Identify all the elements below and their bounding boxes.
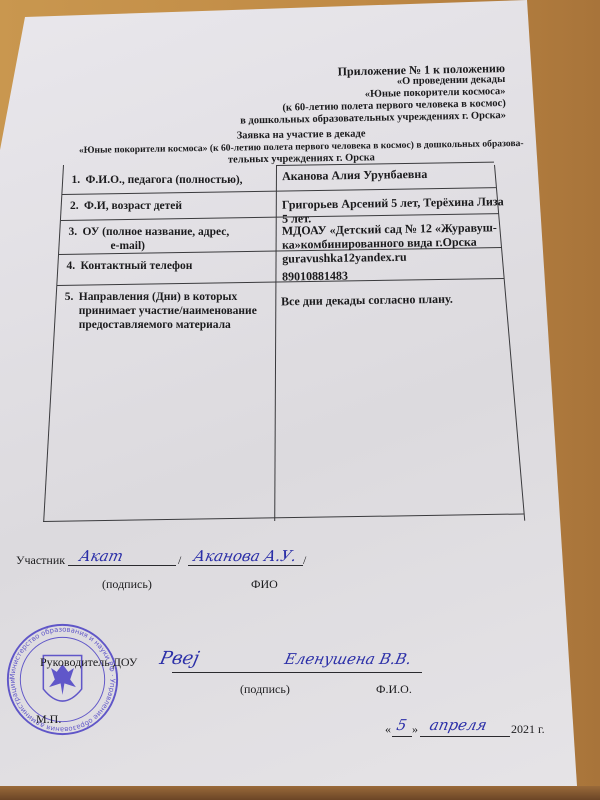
date-day-line: [392, 736, 412, 737]
row-label-line: ОУ (полное название, адрес,: [83, 225, 230, 239]
participant-separator: /: [178, 553, 181, 568]
head-name-caption: Ф.И.О.: [376, 682, 412, 697]
row-label-line: принимает участие/наименование: [79, 304, 264, 318]
row-label: Контактный телефон: [81, 259, 193, 273]
row-label: Ф.И.О., педагога (полностью),: [86, 173, 243, 187]
row-number: 4.: [67, 259, 76, 273]
date-open-quote: «: [385, 722, 391, 737]
participant-separator-end: /: [303, 553, 306, 568]
row-value-line: 89010881483: [281, 268, 347, 283]
participant-name-caption: ФИО: [251, 577, 278, 592]
organization-seal-icon: Министерство образования и науки РФ · Уп…: [5, 622, 120, 737]
participant-signature-line: [68, 565, 176, 566]
row-value: 89010881483: [281, 268, 347, 283]
row-label-line: Направления (Дни) в которых: [79, 290, 264, 304]
annex-header: Приложение № 1 к положению «О проведении…: [239, 62, 506, 128]
row-number: 2.: [70, 199, 79, 213]
head-signature-caption: (подпись): [240, 682, 290, 697]
row-number: 1.: [72, 173, 81, 187]
head-signature-line: [172, 672, 422, 673]
date-close-quote: »: [412, 722, 418, 737]
row-label-line: предоставляемого материала: [79, 318, 264, 332]
row-value: Аканова Алия Урунбаевна: [282, 167, 427, 183]
row-value: МДОАУ «Детский сад № 12 «Журавуш-ка»комб…: [281, 220, 497, 265]
date-year: 2021 г.: [511, 722, 545, 737]
seal-label: М.П.: [36, 712, 61, 727]
head-label: Руководитель ДОУ: [40, 655, 137, 670]
row-value-line: Аканова Алия Урунбаевна: [282, 167, 427, 183]
row-number: 3.: [69, 225, 78, 239]
row-value: Все дни декады согласно плану.: [281, 292, 453, 309]
participant-label: Участник: [16, 553, 65, 568]
row-label: Направления (Дни) в которыхпринимает уча…: [79, 290, 264, 332]
date-month: апреля: [428, 716, 488, 734]
date-month-line: [420, 736, 510, 737]
participant-signature: Aкат: [78, 547, 125, 565]
row-label-line: Ф.И.О., педагога (полностью),: [86, 173, 243, 187]
row-number: 5.: [65, 290, 74, 304]
head-signature: Рвеј: [158, 648, 201, 669]
head-name-handwritten: Еленушена В.В.: [283, 650, 413, 668]
row-label: Ф.И, возраст детей: [84, 199, 182, 213]
row-label-line: Ф.И, возраст детей: [84, 199, 182, 213]
row-label-line: e-mail): [83, 239, 230, 253]
row-label-line: Контактный телефон: [81, 259, 193, 273]
row-label: ОУ (полное название, адрес,e-mail): [83, 225, 230, 253]
participant-name-line: [188, 565, 303, 566]
participant-name-handwritten: Аканова А.У.: [192, 547, 298, 565]
participant-signature-caption: (подпись): [102, 577, 152, 592]
row-value-line: Все дни декады согласно плану.: [281, 292, 453, 309]
desk-surface: [0, 786, 600, 800]
